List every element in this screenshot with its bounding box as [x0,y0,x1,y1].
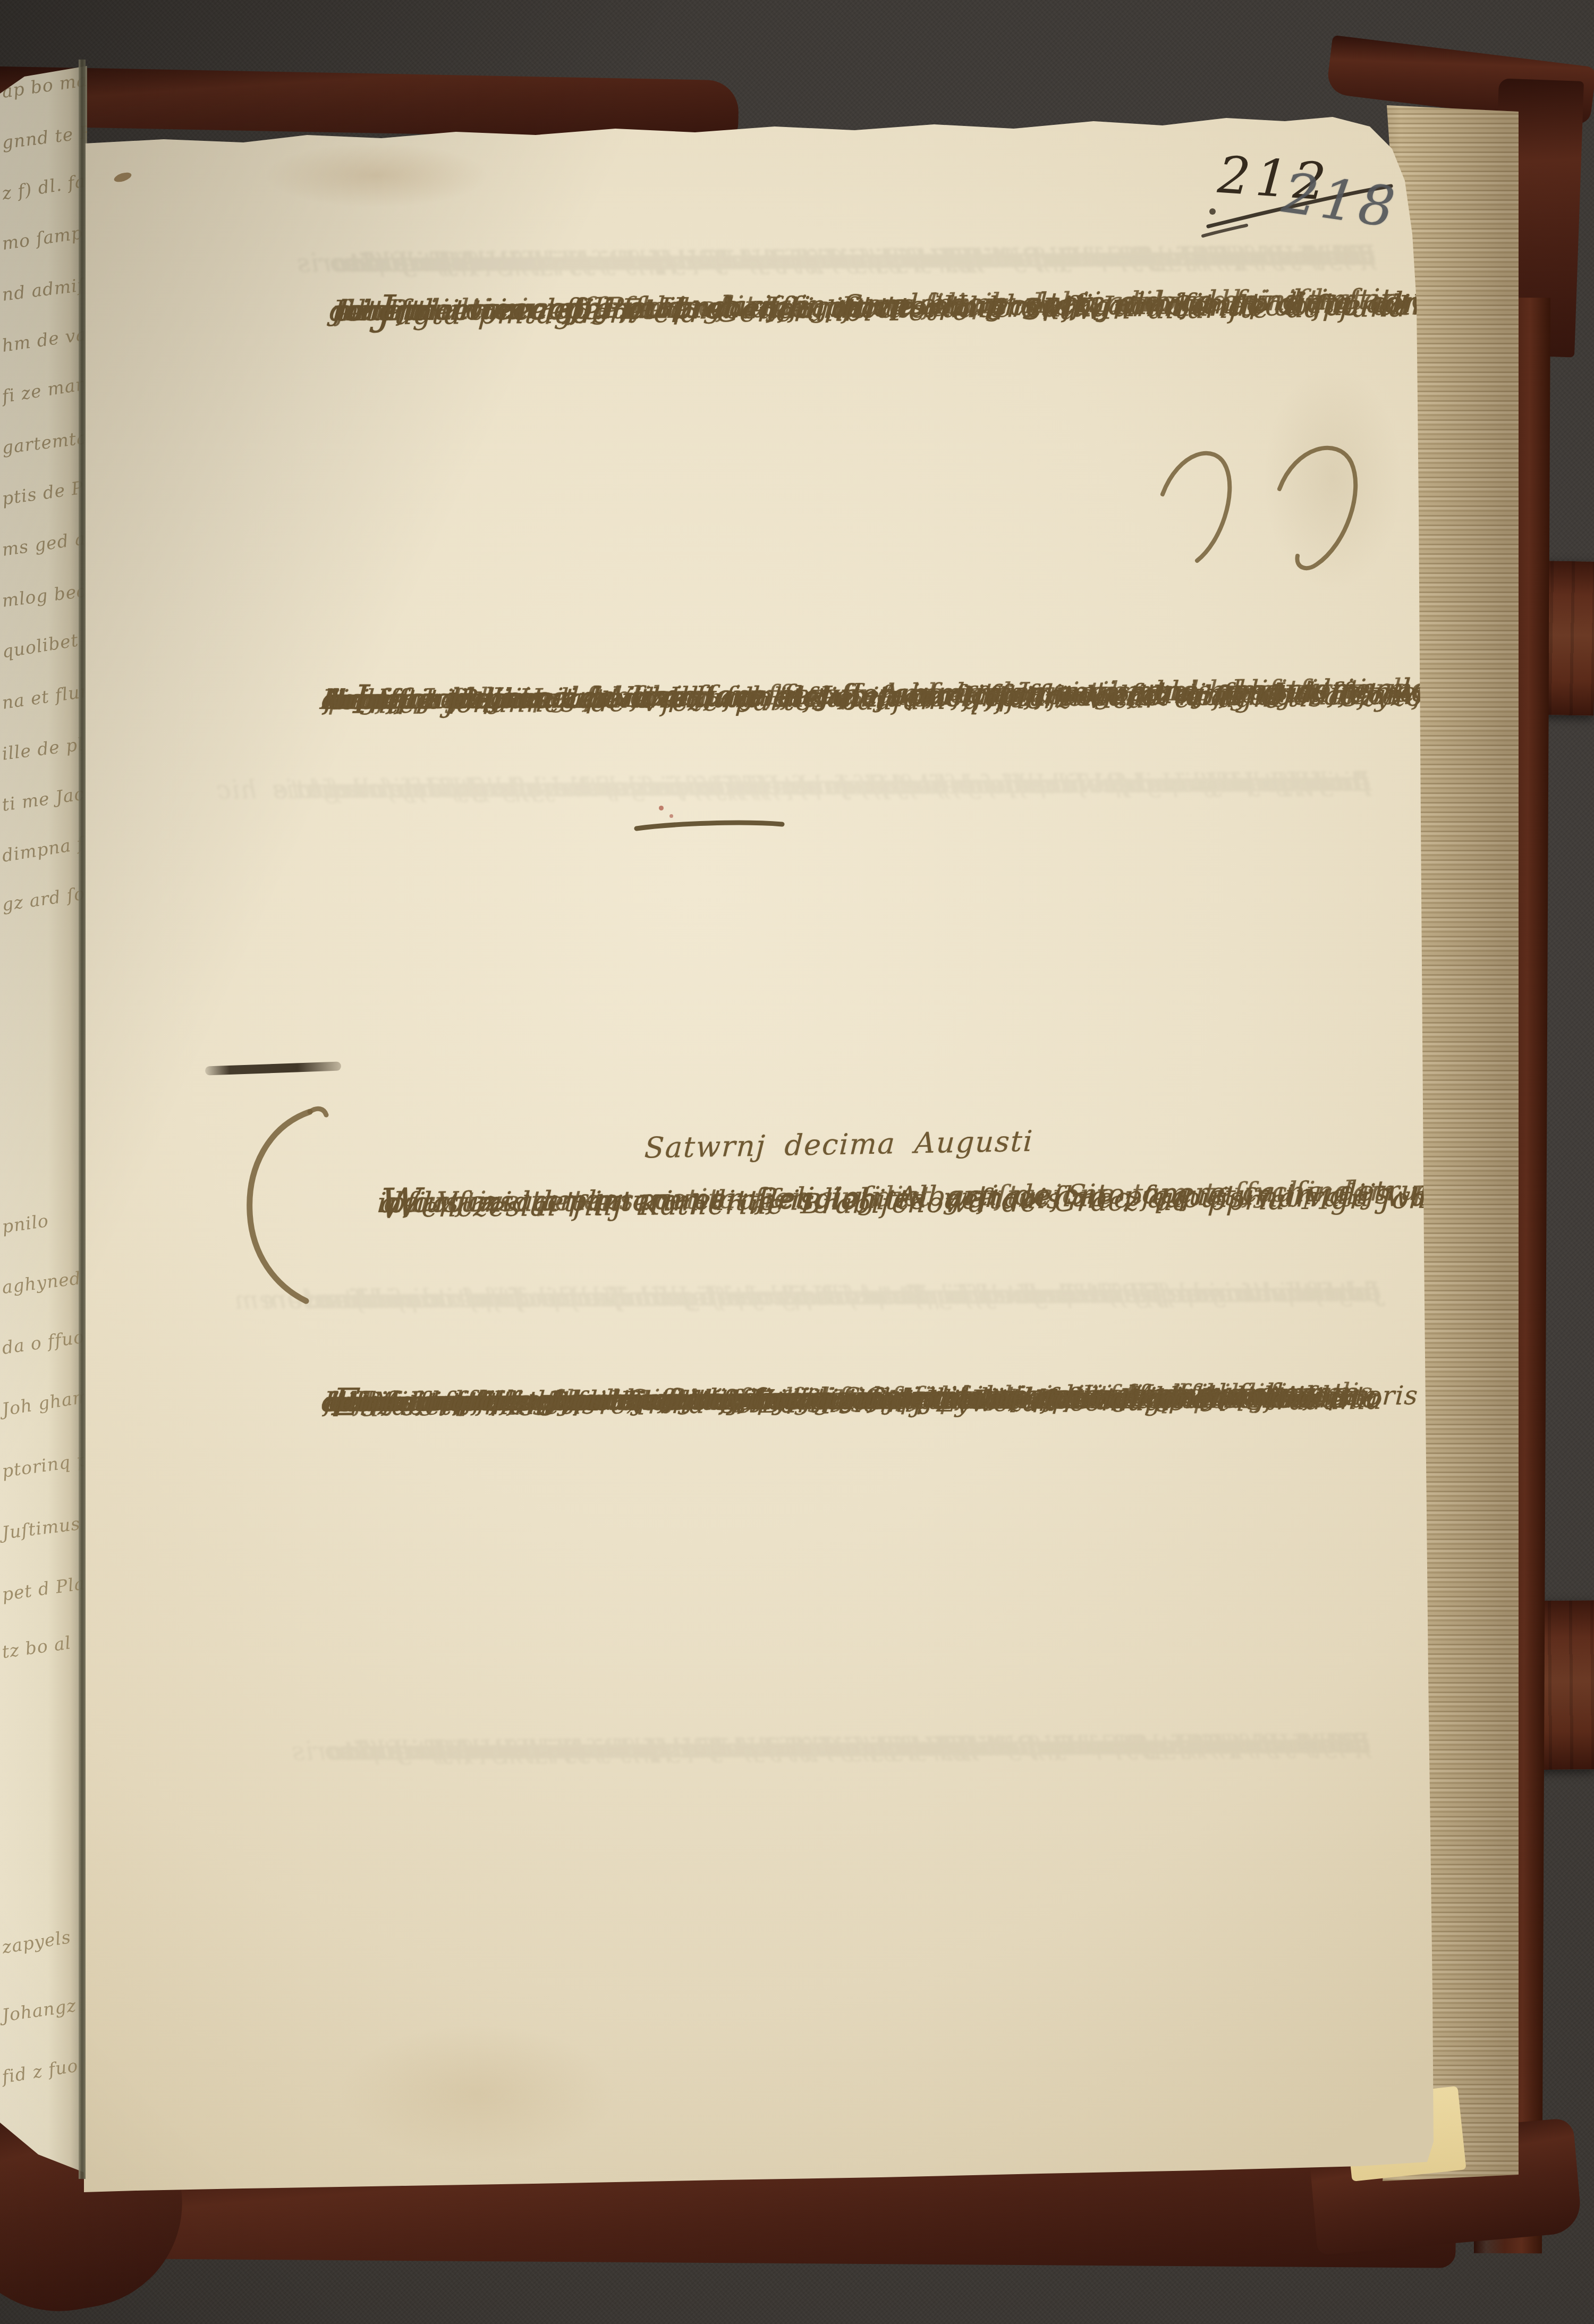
gutter-shadow [79,60,86,2179]
ink-fleck [113,171,133,184]
red-ink-dot [669,814,673,818]
strike-through-word [632,816,786,835]
flourish-after-entry-1 [1147,430,1391,590]
manuscript-scan: ap bo mair vegnnd te Ruyoz f) dl. fatamo… [0,0,1594,2324]
manuscript-line: adminiſtratorz publice [323,1381,639,1422]
show-through-text: Elizabeth mulieris ex vna et Bartholomij… [100,235,1375,244]
marginal-dash-mark [205,1062,341,1076]
page-stain [339,2025,615,2163]
entry-date-heading: Satwrnj decima Augusti [643,1125,1034,1165]
page-stain [265,143,488,207]
manuscript-line: a datur, ad plenum et aſſendich ex wencz… [379,1172,1392,1226]
manuscript-line: ſtratorz publice [323,678,556,721]
show-through-text: Elizabeth mulieris ex vna et Bartholomij… [95,1723,1370,1732]
ink-dot-before-number [1209,208,1216,215]
recto-page: Elizabeth mulieris ex vna et Bartholomij… [84,80,1436,2195]
leather-cover-top-edge [0,66,739,140]
red-ink-dot [659,806,664,810]
show-through-text: Inter Johannes de Vſcze partes cauſam q … [95,761,1370,770]
facing-verso-page-strip: ap bo mair vegnnd te Ruyoz f) dl. fatamo… [0,63,87,2177]
paragraph-bracket-flourish [238,1105,328,1313]
